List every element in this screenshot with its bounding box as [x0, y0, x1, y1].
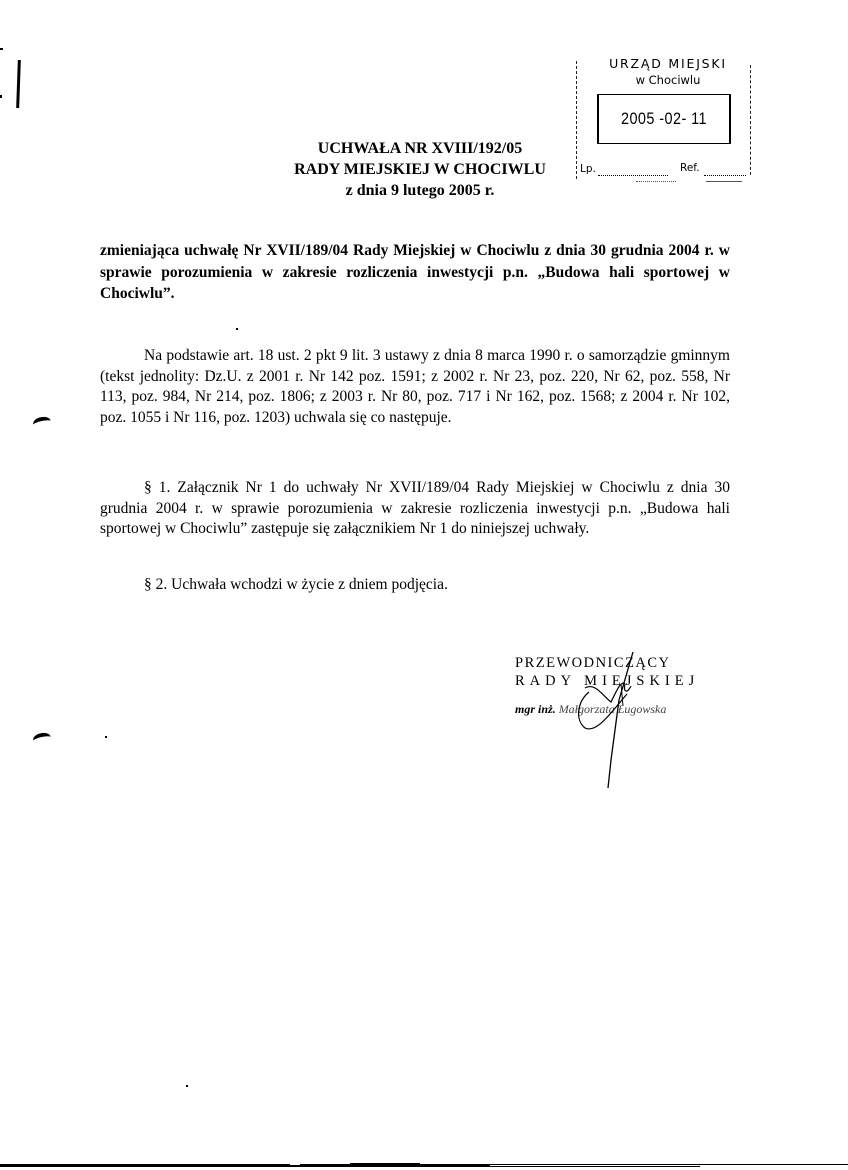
punch-hole-mark	[32, 415, 52, 430]
signatory-name-prefix: mgr inż.	[515, 702, 556, 716]
scan-speck	[186, 1085, 188, 1087]
stamp-title: URZĄD MIEJSKI	[588, 56, 748, 71]
section-2-paragraph: § 2. Uchwała wchodzi w życie z dniem pod…	[100, 575, 730, 596]
handwritten-signature	[575, 650, 655, 790]
scan-speck	[105, 736, 107, 738]
section-1-paragraph: § 1. Załącznik Nr 1 do uchwały Nr XVII/1…	[100, 478, 730, 540]
resolution-header: UCHWAŁA NR XVIII/192/05 RADY MIEJSKIEJ W…	[240, 138, 600, 201]
council-name: RADY MIEJSKIEJ W CHOCIWLU	[240, 159, 600, 180]
stamp-underline	[636, 181, 676, 182]
stamp-border-right	[750, 65, 752, 175]
punch-hole-mark	[32, 731, 52, 746]
scan-bottom-edge	[0, 1163, 848, 1167]
legal-basis-paragraph: Na podstawie art. 18 ust. 2 pkt 9 lit. 3…	[100, 346, 730, 428]
stamp-date-box: 2005 -02- 11	[597, 94, 731, 144]
resolution-date: z dnia 9 lutego 2005 r.	[240, 180, 600, 201]
received-stamp: URZĄD MIEJSKI w Chociwlu 2005 -02- 11 Lp…	[576, 55, 752, 181]
scan-speck	[0, 48, 3, 50]
resolution-number: UCHWAŁA NR XVIII/192/05	[240, 138, 600, 159]
stamp-lp-field	[598, 175, 668, 176]
scan-speck	[236, 328, 238, 330]
scan-speck	[0, 95, 2, 98]
stamp-ref-label: Ref.	[680, 162, 700, 174]
stamp-ref-field	[704, 175, 746, 176]
resolution-subject: zmieniająca uchwałę Nr XVII/189/04 Rady …	[100, 240, 730, 305]
stamp-underline	[706, 181, 742, 182]
stamp-date: 2005 -02- 11	[609, 109, 720, 129]
stamp-subtitle: w Chociwlu	[588, 73, 748, 87]
scan-margin-mark	[16, 60, 21, 108]
